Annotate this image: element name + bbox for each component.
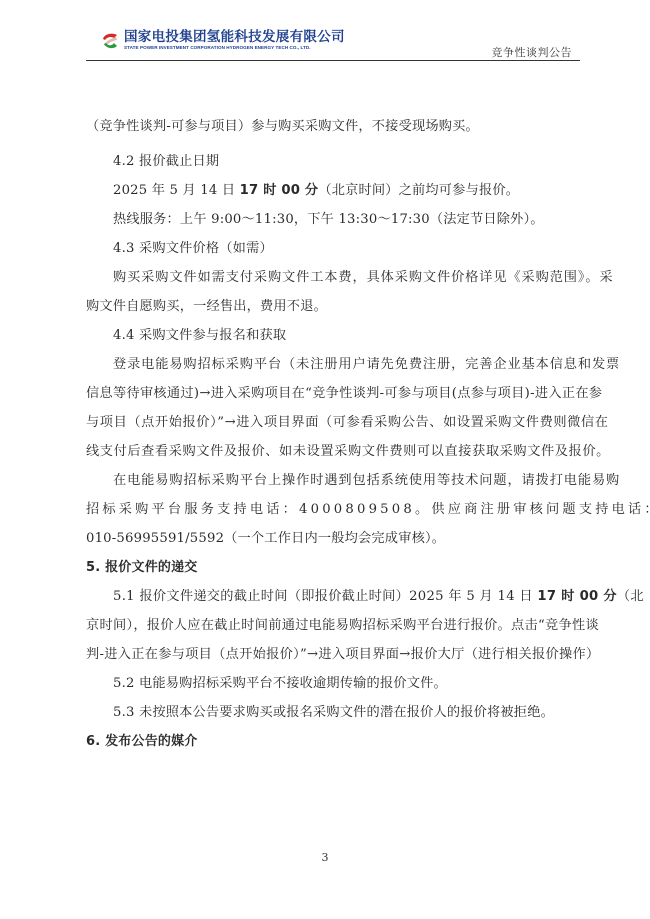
section-5-1-line2: 京时间），报价人应在截止时间前通过电能易购招标采购平台进行报价。点击“竞争性谈 [86, 617, 580, 635]
section-4-4-para1-line2: 信息等待审核通过)→进入采购项目在“竞争性谈判-可参与项目(点参与项目)-进入正… [86, 385, 580, 403]
header-divider [86, 60, 580, 61]
section-6-title: 6. 发布公告的媒介 [86, 733, 580, 751]
section-5-1-line3: 判-进入正在参与项目（点开始报价）”→进入项目界面→报价大厅（进行相关报价操作） [86, 646, 580, 664]
deadline-date: 2025 年 5 月 14 日 [113, 183, 240, 198]
company-name-en: STATE POWER INVESTMENT CORPORATION HYDRO… [124, 45, 345, 51]
spic-logo-icon [100, 31, 120, 51]
deadline-note: （北京时间）之前均可参与报价。 [318, 183, 519, 198]
company-name-cn: 国家电投集团氢能科技发展有限公司 [124, 30, 345, 45]
page-number: 3 [0, 851, 650, 864]
section-4-4-para1-line3: 与项目（点开始报价）”→进入项目界面（可参看采购公告、如设置采购文件费则微信在 [86, 414, 580, 432]
s5-1-text: 5.1 报价文件递交的截止时间（即报价截止时间）2025 年 5 月 14 日 [113, 589, 537, 604]
section-4-3-para-line1: 购买采购文件如需支付采购文件工本费，具体采购文件价格详见《采购范围》。采 [86, 269, 580, 287]
page-header: 国家电投集团氢能科技发展有限公司 STATE POWER INVESTMENT … [86, 22, 580, 62]
section-4-4-para1-line4: 线支付后查看采购文件及报价、如未设置采购文件费则可以直接获取采购文件及报价。 [86, 443, 580, 461]
section-4-3-para-line2: 购文件自愿购买，一经售出，费用不退。 [86, 298, 580, 316]
intro-line: （竞争性谈判-可参与项目）参与购买采购文件，不接受现场购买。 [86, 118, 580, 136]
document-type-label: 竞争性谈判公告 [492, 44, 573, 60]
section-5-2: 5.2 电能易购招标采购平台不接收逾期传输的报价文件。 [86, 675, 580, 693]
section-5-1-line1: 5.1 报价文件递交的截止时间（即报价截止时间）2025 年 5 月 14 日 … [86, 588, 580, 606]
deadline-time: 17 时 00 分 [240, 183, 319, 198]
hotline-text: 热线服务：上午 9:00～11:30，下午 13:30～17:30（法定节日除外… [86, 211, 580, 229]
section-4-4-title: 4.4 采购文件参与报名和获取 [86, 327, 580, 345]
document-body: （竞争性谈判-可参与项目）参与购买采购文件，不接受现场购买。 4.2 报价截止日… [86, 118, 580, 751]
section-4-2-title: 4.2 报价截止日期 [86, 153, 580, 171]
s5-1-deadline-time: 17 时 00 分 [537, 589, 617, 604]
company-logo: 国家电投集团氢能科技发展有限公司 STATE POWER INVESTMENT … [100, 30, 345, 51]
section-5-3: 5.3 未按照本公告要求购买或报名采购文件的潜在报价人的报价将被拒绝。 [86, 704, 580, 722]
section-4-4-para2-line1: 在电能易购招标采购平台上操作时遇到包括系统使用等技术问题，请拨打电能易购 [86, 472, 580, 490]
section-4-3-title: 4.3 采购文件价格（如需） [86, 240, 580, 258]
section-4-4-para1-line1: 登录电能易购招标采购平台（未注册用户请先免费注册，完善企业基本信息和发票 [86, 356, 580, 374]
s5-1-note: （北 [617, 589, 644, 604]
section-4-4-para2-line3: 010-56995591/5592（一个工作日内一般均会完成审核）。 [86, 530, 580, 548]
section-4-2-deadline: 2025 年 5 月 14 日 17 时 00 分（北京时间）之前均可参与报价。 [86, 182, 580, 200]
section-5-title: 5. 报价文件的递交 [86, 559, 580, 577]
section-4-4-para2-line2: 招标采购平台服务支持电话：4000809508。供应商注册审核问题支持电话： [86, 501, 580, 519]
